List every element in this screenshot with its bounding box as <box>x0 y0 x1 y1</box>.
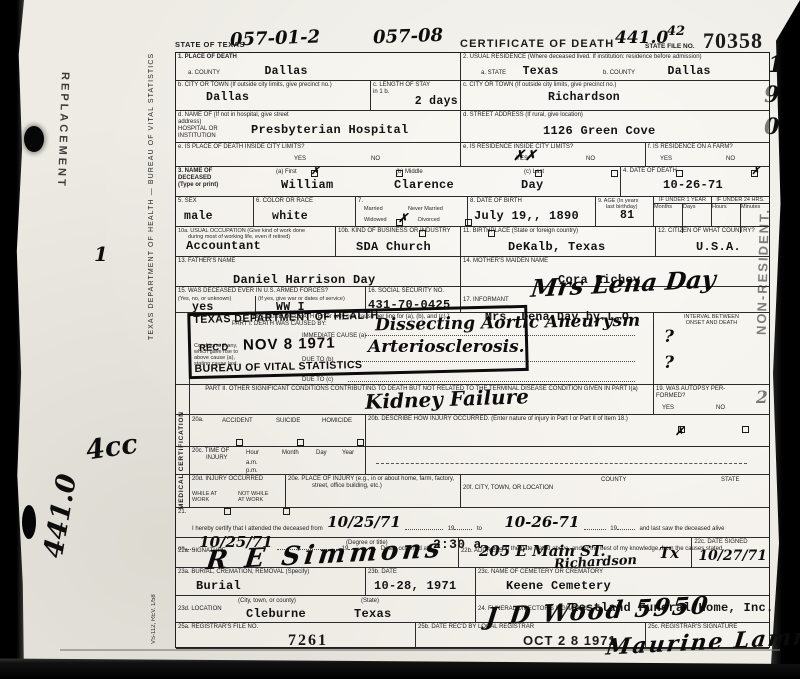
field-age: 9. AGE (In years last birthday) 81 <box>596 197 654 226</box>
attended-from-date: 10/25/71 <box>327 513 401 531</box>
field-label: 22c. DATE SIGNED <box>694 539 767 546</box>
field-label: IF UNDER 1 YEAR <box>654 197 711 204</box>
field-date-of-death: 4. DATE OF DEATH 10-26-71 <box>621 167 769 196</box>
field-label: 20f. CITY, TOWN, OR LOCATION <box>463 485 553 491</box>
widowed-label: Widowed <box>364 217 387 223</box>
field-social-security: 16. SOCIAL SECURITY NO. 431-70-0425 <box>366 287 461 312</box>
county-label: a. COUNTY <box>188 70 220 76</box>
cemetery-value: Keene Cemetery <box>506 580 767 592</box>
residence-city-value: Richardson <box>548 92 767 104</box>
homicide-checkbox <box>357 439 364 446</box>
state-file-no-label: STATE FILE NO. <box>645 43 695 50</box>
field-fathers-name: 13. FATHER'S NAME Daniel Harrison Day <box>176 257 461 286</box>
year-19: 19 <box>448 526 455 532</box>
field-interval: INTERVAL BETWEEN ONSET AND DEATH ? ? <box>654 313 769 384</box>
left-vertical-agency-text: TEXAS DEPARTMENT OF HEALTH — BUREAU OF V… <box>148 84 155 340</box>
state-paren-label: (State) <box>361 598 379 605</box>
row-city-limits: e. IS PLACE OF DEATH INSIDE CITY LIMITS?… <box>176 143 769 167</box>
father-name-value: Daniel Harrison Day <box>233 274 458 286</box>
row-forces-ssn-informant: 15. WAS DECEASED EVER IN U.S. ARMED FORC… <box>176 287 769 313</box>
fill-line <box>584 521 606 530</box>
while-at-work-label2: WORK <box>192 497 209 503</box>
field-burial-location: 23d. LOCATION (City, town, or county) (S… <box>176 596 476 622</box>
hospital-value: Presbyterian Hospital <box>251 124 409 136</box>
field-injury-location: 20f. CITY, TOWN, OR LOCATION COUNTY STAT… <box>461 475 769 507</box>
field-describe-injury: 20b. DESCRIBE HOW INJURY OCCURRED. (Ente… <box>366 415 769 446</box>
film-strip-bottom <box>0 654 800 679</box>
field-label: 13. FATHER'S NAME <box>178 258 458 265</box>
race-value: white <box>272 211 353 223</box>
field-certification: 21. I hereby certify that I attended the… <box>176 508 769 537</box>
no-label: NO <box>586 156 595 163</box>
row-city-length: b. CITY OR TOWN (If outside city limits,… <box>176 81 769 111</box>
field-label: 6. COLOR OR RACE <box>256 198 353 205</box>
hw-code-2: 057-08 <box>373 25 444 48</box>
field-label: 15. WAS DECEASED EVER IN U.S. ARMED FORC… <box>176 287 365 296</box>
item-21-label: 21. <box>178 509 767 516</box>
field-autopsy: 19. WAS AUTOPSY PER- FORMED? YES ✗ NO <box>654 385 769 414</box>
field-label: e. IS RESIDENCE INSIDE CITY LIMITS? <box>463 144 643 151</box>
yes-label: YES <box>662 405 674 412</box>
field-hospital: d. NAME OF (If not in hospital, give str… <box>176 111 461 142</box>
row-hospital-street: d. NAME OF (If not in hospital, give str… <box>176 111 769 143</box>
res-county-value: Dallas <box>668 65 711 78</box>
row-occupation: 10a. USUAL OCCUPATION (Give kind of work… <box>176 227 769 257</box>
birthplace-value: DeKalb, Texas <box>508 241 653 253</box>
field-label: 20a. <box>192 417 204 424</box>
field-cemetery: 23c. NAME OF CEMETERY OR CREMATORY Keene… <box>476 568 769 595</box>
certificate-title-row: STATE OF TEXAS 057-01-2 057-08 CERTIFICA… <box>175 28 770 52</box>
never-married-label: Never Married <box>408 206 443 212</box>
last-name-label: (c) Last <box>524 169 544 176</box>
field-usual-residence: 2. USUAL RESIDENCE (Where deceased lived… <box>461 53 769 80</box>
certificate-form: 1. PLACE OF DEATH a. COUNTY Dallas 2. US… <box>175 52 770 648</box>
day-label: Day <box>316 450 327 457</box>
field-label: c. CITY OR TOWN (If outside city limits,… <box>463 82 767 89</box>
death-certificate-scan: REPLACEMENT TEXAS DEPARTMENT OF HEALTH —… <box>0 0 800 679</box>
field-place-of-death: 1. PLACE OF DEATH a. COUNTY Dallas <box>176 53 461 80</box>
homicide-label: HOMICIDE <box>322 418 352 425</box>
certify-text-1: I hereby certify that I attended the dec… <box>192 526 323 532</box>
field-label: f. IS RESIDENCE ON A FARM? <box>648 144 767 151</box>
to-label: to <box>477 526 482 532</box>
attended-to-date: 10-26-71 <box>504 513 579 531</box>
year-label: Year <box>342 450 354 457</box>
row-name-deceased: 3. NAME OF DECEASED (Type or print) (a) … <box>176 167 769 197</box>
year-19: 19 <box>610 526 617 532</box>
margin-note-1: 1 <box>94 242 108 266</box>
field-usual-occupation: 10a. USUAL OCCUPATION (Give kind of work… <box>176 227 336 256</box>
no-label: NO <box>716 405 725 412</box>
sex-value: male <box>184 211 251 223</box>
field-injury-occurred: 20d. INJURY OCCURRED WHILE AT WORK NOT W… <box>190 475 286 507</box>
address-value-3: Tx <box>659 544 679 562</box>
date-signed-value: 10/27/71 <box>698 548 767 564</box>
field-label: 5. SEX <box>178 198 251 205</box>
row-location-funeral: 23d. LOCATION (City, town, or county) (S… <box>176 596 769 623</box>
certificate-title: CERTIFICATE OF DEATH <box>460 38 614 50</box>
certify-text-2: and last saw the deceased alive <box>639 526 724 532</box>
replacement-stamp: REPLACEMENT <box>55 72 71 189</box>
street-address-value: 1126 Green Cove <box>543 125 767 137</box>
suicide-label: SUICIDE <box>276 418 300 425</box>
length-value: 2 days <box>373 96 458 108</box>
burial-city-value: Cleburne <box>246 608 306 620</box>
film-strip-left <box>0 0 24 679</box>
last-name-value: Day <box>521 179 544 191</box>
no-label: NO <box>371 156 380 163</box>
field-street-address: d. STREET ADDRESS (If rural, give locati… <box>461 111 769 142</box>
field-part2-conditions: PART II. OTHER SIGNIFICANT CONDITIONS CO… <box>190 385 654 414</box>
res-county-label: b. COUNTY <box>603 70 635 76</box>
field-city-of-death: b. CITY OR TOWN (If outside city limits,… <box>176 81 371 110</box>
middle-name-value: Clarence <box>394 179 454 191</box>
field-funeral-director: 24. FUNERAL DIRECTOR'S SIGNATURE Restlan… <box>476 596 769 622</box>
field-if-under-24-hrs: IF UNDER 24 HRS. Hours Minutes <box>712 197 769 226</box>
field-time-of-injury: 20c. TIME OF INJURY Hour a.m. p.m. Month… <box>190 447 366 474</box>
field-physician-signature: 22a. SIGNATURE (Degree or title) R E Sim… <box>176 538 459 567</box>
yes-label: YES <box>660 156 672 163</box>
field-label: c. LENGTH OF STAY <box>373 82 458 89</box>
field-physician-address: 22b. ADDRESS 205 E Main ST. Richardson T… <box>459 538 692 567</box>
field-business-industry: 10b. KIND OF BUSINESS OR INDUSTRY SDA Ch… <box>336 227 461 256</box>
row-cause-of-death: 18. CAUSE OF DEATH [Enter only one cause… <box>176 313 769 385</box>
field-name-of-deceased: 3. NAME OF DECEASED (Type or print) (a) … <box>176 167 621 196</box>
x-mark: ✗ <box>398 213 408 223</box>
margin-note-4cc: 4cc <box>84 429 139 467</box>
field-residence-city-limits: e. IS RESIDENCE INSIDE CITY LIMITS? YES … <box>461 143 646 166</box>
field-label: 19. WAS AUTOPSY PER- <box>656 386 767 393</box>
field-describe-injury-line <box>366 447 769 474</box>
hw-file-code-sup: 42 <box>667 24 685 39</box>
field-color-race: 6. COLOR OR RACE white <box>254 197 356 226</box>
field-date-signed: 22c. DATE SIGNED 10/27/71 <box>692 538 769 567</box>
county-label: COUNTY <box>601 477 626 484</box>
accident-checkbox <box>236 439 243 446</box>
row-sex-race-birth: 5. SEX male 6. COLOR OR RACE white 7. Ma… <box>176 197 769 227</box>
no-label: NO <box>726 156 735 163</box>
margin-note-441: 441.0 <box>38 472 83 561</box>
field-label: 20b. DESCRIBE HOW INJURY OCCURRED. (Ente… <box>368 416 767 423</box>
field-label: 23d. LOCATION <box>178 606 222 612</box>
field-cause-of-death: 18. CAUSE OF DEATH [Enter only one cause… <box>190 313 654 384</box>
field-label: 7. <box>358 198 465 205</box>
first-name-label: (a) First <box>276 169 297 176</box>
heavy-x-mark: ✗✗ <box>513 148 536 164</box>
field-citizen: 12. CITIZEN OF WHAT COUNTRY? U.S.A. <box>656 227 769 256</box>
field-sex: 5. SEX male <box>176 197 254 226</box>
field-label: 2. USUAL RESIDENCE (Where deceased lived… <box>463 54 767 61</box>
field-place-of-injury: 20e. PLACE OF INJURY (e.g., in or about … <box>286 475 461 507</box>
date-of-death-value: 10-26-71 <box>663 179 767 191</box>
fill-line <box>405 521 443 530</box>
state-label: a. STATE <box>481 70 506 76</box>
date-of-birth-value: July 19,, 1890 <box>474 210 593 222</box>
state-value: Texas <box>523 65 559 78</box>
field-label: 1. PLACE OF DEATH <box>178 54 458 61</box>
field-burial-date: 23b. DATE 10-28, 1971 <box>366 568 476 595</box>
married-label: Married <box>364 206 383 212</box>
field-label: 20c. TIME OF <box>192 448 363 455</box>
field-label: 20e. PLACE OF INJURY (e.g., in or about … <box>288 476 458 483</box>
row-registrar: 25a. REGISTRAR'S FILE NO. 7261 25b. DATE… <box>176 623 769 649</box>
married-checkbox: ✗ <box>396 219 403 226</box>
field-label: 4. DATE OF DEATH <box>623 168 767 175</box>
due-b-label: DUE TO (b) <box>302 357 333 364</box>
interval-label: INTERVAL BETWEEN ONSET AND DEATH <box>656 314 767 326</box>
registrar-file-no-value: 7261 <box>288 632 413 650</box>
citizen-value: U.S.A. <box>696 241 767 253</box>
form-code: VS-112, REV. 1/58 <box>151 572 157 644</box>
month-label: Month <box>282 450 299 457</box>
ink-blob <box>22 505 36 539</box>
field-birthplace: 11. BIRTHPLACE (State or foreign country… <box>461 227 656 256</box>
medical-certification-vertical-label: MEDICAL CERTIFICATION <box>178 321 185 509</box>
field-if-under-1-year: IF UNDER 1 YEAR Months Days <box>654 197 712 226</box>
fill-line <box>617 521 635 530</box>
row-certification: 21. I hereby certify that I attended the… <box>176 508 769 538</box>
interval-a-value: ? <box>664 327 674 347</box>
part2-value: Kidney Failure <box>365 384 530 414</box>
occupation-value: Accountant <box>186 240 333 252</box>
row-part2-autopsy: PART II. OTHER SIGNIFICANT CONDITIONS CO… <box>176 385 769 415</box>
field-residence-farm: f. IS RESIDENCE ON A FARM? YES NO ✗ <box>646 143 769 166</box>
field-label-2: FORMED? <box>656 393 767 400</box>
first-name-value: William <box>281 179 334 191</box>
state-label: STATE <box>721 477 739 484</box>
field-label: e. IS PLACE OF DEATH INSIDE CITY LIMITS? <box>178 144 458 151</box>
fill-line <box>454 521 472 530</box>
field-registrar-file-no: 25a. REGISTRAR'S FILE NO. 7261 <box>176 623 416 648</box>
industry-value: SDA Church <box>356 241 458 253</box>
field-label: 14. MOTHER'S MAIDEN NAME <box>463 258 767 265</box>
field-label: d. STREET ADDRESS (If rural, give locati… <box>463 112 767 119</box>
burial-date-value: 10-28, 1971 <box>374 580 473 592</box>
field-residence-city: c. CITY OR TOWN (If outside city limits,… <box>461 81 769 110</box>
field-label: 23c. NAME OF CEMETERY OR CREMATORY <box>478 569 767 576</box>
field-label: 20d. INJURY OCCURRED <box>192 476 283 483</box>
city-paren-label: (City, town, or county) <box>238 598 296 605</box>
field-label: 23b. DATE <box>368 569 473 576</box>
field-date-of-birth: 8. DATE OF BIRTH July 19,, 1890 <box>468 197 596 226</box>
field-label: 3. NAME OF DECEASED (Type or print) <box>178 168 248 189</box>
row-physician-signature: 22a. SIGNATURE (Degree or title) R E Sim… <box>176 538 769 568</box>
field-label-2: street, office building, etc.) <box>312 483 458 490</box>
pm-label: p.m. <box>246 468 258 475</box>
city-value: Dallas <box>206 92 368 104</box>
field-label: b. CITY OR TOWN (If outside city limits,… <box>178 82 368 89</box>
field-label: 16. SOCIAL SECURITY NO. <box>368 288 458 295</box>
ssn-value: 431-70-0425 <box>368 299 458 311</box>
divorced-label: Divorced <box>418 217 440 223</box>
interval-b-value: ? <box>664 353 674 373</box>
suicide-checkbox <box>297 439 304 446</box>
field-informant: 17. INFORMANT Mrs Lena Day Mrs. Lena Day… <box>461 287 769 312</box>
am-label: a.m. <box>246 460 258 467</box>
field-label: 8. DATE OF BIRTH <box>470 198 593 205</box>
row-time-of-injury: 20c. TIME OF INJURY Hour a.m. p.m. Month… <box>176 447 769 475</box>
hole-punch <box>24 126 44 152</box>
injury-description-line <box>376 455 747 464</box>
county-value: Dallas <box>264 65 307 78</box>
field-place-city-limits: e. IS PLACE OF DEATH INSIDE CITY LIMITS?… <box>176 143 461 166</box>
state-file-no: 70358 <box>703 28 763 54</box>
burial-value: Burial <box>196 580 363 592</box>
field-label: 25a. REGISTRAR'S FILE NO. <box>178 624 413 631</box>
conditions-label: Conditions, if any, which gave rise to a… <box>194 343 238 367</box>
field-length-of-stay: c. LENGTH OF STAY in 1 b. 2 days <box>371 81 461 110</box>
not-while-label2: AT WORK <box>238 497 263 503</box>
due-c-label: DUE TO (c) <box>302 377 333 384</box>
field-label: 17. INFORMANT <box>463 297 509 303</box>
field-armed-forces: 15. WAS DECEASED EVER IN U.S. ARMED FORC… <box>176 287 366 312</box>
field-label: 12. CITIZEN OF WHAT COUNTRY? <box>658 228 767 235</box>
field-label: IF UNDER 24 HRS. <box>712 197 769 204</box>
field-label: 11. BIRTHPLACE (State or foreign country… <box>463 228 653 235</box>
field-label: 10b. KIND OF BUSINESS OR INDUSTRY <box>338 228 458 235</box>
field-marital-status: 7. Married ✗ Never Married Widowed Divor… <box>356 197 468 226</box>
field-registrar-signature: 25c. REGISTRAR'S SIGNATURE Maurine Lamm <box>646 623 769 648</box>
row-injury-place: 20d. INJURY OCCURRED WHILE AT WORK NOT W… <box>176 475 769 508</box>
age-value: 81 <box>620 210 651 222</box>
cause-c-line <box>348 373 635 382</box>
yes-label: YES <box>294 156 306 163</box>
hour-label: Hour <box>246 450 259 457</box>
row-place-residence: 1. PLACE OF DEATH a. COUNTY Dallas 2. US… <box>176 53 769 81</box>
right-digit-1: 1 <box>768 52 783 78</box>
burial-state-value: Texas <box>354 608 392 620</box>
cause-b-value: Arteriosclerosis. <box>368 337 525 357</box>
immediate-cause-label: IMMEDIATE CAUSE (a) <box>302 333 366 340</box>
hw-code-1: 057-01-2 <box>230 26 321 50</box>
row-manner: 20a. ACCIDENT SUICIDE HOMICIDE 20b. DESC… <box>176 415 769 447</box>
field-manner-of-death: 20a. ACCIDENT SUICIDE HOMICIDE <box>190 415 366 446</box>
accident-label: ACCIDENT <box>222 418 253 425</box>
middle-name-label: (b) Middle <box>396 169 423 176</box>
